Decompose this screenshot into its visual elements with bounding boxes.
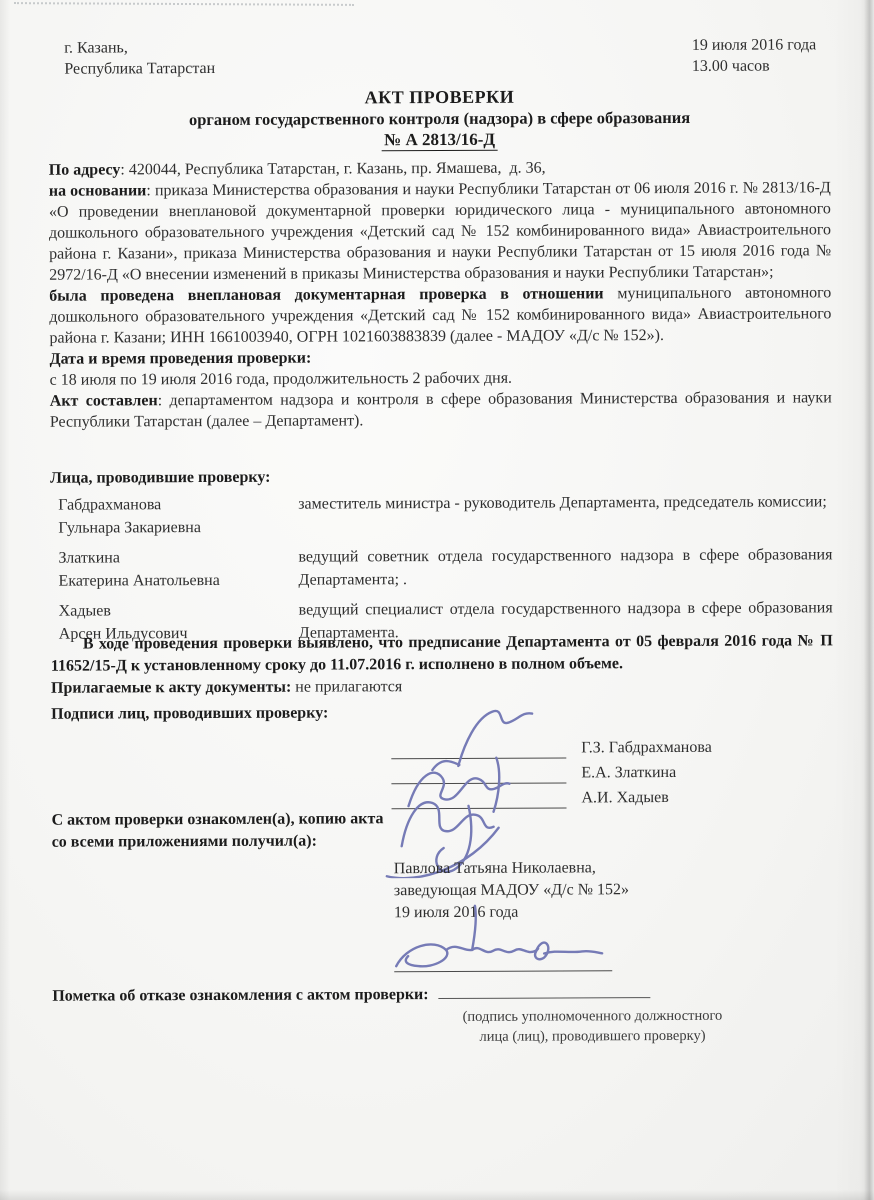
inspectors-heading: Лица, проводившие проверку: — [50, 464, 832, 488]
inspector-name: Златкина Екатерина Анатольевна — [50, 546, 298, 593]
refusal-label: Пометка об отказе ознакомления с актом п… — [52, 986, 428, 1005]
refusal-row: Пометка об отказе ознакомления с актом п… — [52, 982, 834, 1006]
inspector-name: Габдрахманова Гульнара Закариевна — [50, 493, 298, 540]
inspector-row: Габдрахманова Гульнара Закариевна замест… — [50, 490, 832, 539]
document-number-row: № А 2813/16-Д — [49, 127, 831, 151]
inspector-role: ведущий советник отдела государственного… — [298, 543, 832, 591]
refusal-signature-line — [439, 983, 651, 999]
basis-text: : приказа Министерства образования и нау… — [49, 179, 831, 283]
title-block: АКТ ПРОВЕРКИ органом государственного ко… — [48, 84, 830, 151]
attachments-line: Прилагаемые к акту документы: не прилага… — [51, 674, 833, 698]
basis-label: на основании — [49, 182, 147, 199]
signature-name: А.И. Хадыев — [581, 787, 668, 808]
date-line: 19 июля 2016 года — [692, 34, 816, 56]
recipient-title: заведующая МАДОУ «Д/с № 152» — [394, 878, 834, 902]
document-content: г. Казань, Республика Татарстан 19 июля … — [48, 0, 835, 1200]
inspector-row: Златкина Екатерина Анатольевна ведущий с… — [50, 543, 832, 592]
document-header: г. Казань, Республика Татарстан 19 июля … — [48, 34, 830, 79]
conducted-label: была проведена внеплановая документарная… — [49, 285, 603, 304]
acknowledgment-section: С актом проверки ознакомлен(а), копию ак… — [52, 806, 835, 979]
paragraph-composed: Акт составлен: департаментом надзора и к… — [50, 387, 832, 432]
composed-label: Акт составлен — [50, 392, 158, 409]
attachments-label: Прилагаемые к акту документы: — [51, 679, 291, 697]
signature-line — [391, 785, 566, 809]
recipient-block: Павлова Татьяна Николаевна, заведующая М… — [394, 856, 835, 978]
document-number: № А 2813/16-Д — [381, 130, 498, 152]
place-block: г. Казань, Республика Татарстан — [48, 37, 215, 80]
recipient-signature — [394, 925, 624, 978]
inspectors-section: Лица, проводившие проверку: Габдрахманов… — [50, 464, 833, 652]
signature-name: Е.А. Златкина — [581, 762, 676, 783]
scan-right-edge-artifact — [864, 0, 874, 1200]
signatures-heading: Подписи лиц, проводивших проверку: — [51, 700, 833, 724]
refusal-caption: (подпись уполномоченного должностного ли… — [442, 1006, 742, 1047]
address-label: По адресу — [49, 161, 121, 178]
findings-paragraph: В ходе проведения проверки выявлено, что… — [51, 630, 833, 677]
address-text: : 420044, Республика Татарстан, г. Казан… — [120, 160, 545, 179]
paragraph-basis: на основании: приказа Министерства образ… — [49, 177, 831, 285]
inspector-role: заместитель министра - руководитель Депа… — [298, 490, 832, 538]
signature-row: Г.З. Габдрахманова — [391, 732, 833, 759]
composed-text: : департаментом надзора и контроля в сфе… — [50, 389, 832, 430]
recipient-signature-scrawl — [388, 903, 618, 988]
time-line: 13.00 часов — [692, 55, 816, 77]
place-line: Республика Татарстан — [64, 58, 215, 80]
document-page: г. Казань, Республика Татарстан 19 июля … — [0, 0, 874, 1200]
paragraph-conducted: была проведена внеплановая документарная… — [49, 282, 831, 348]
recipient-name: Павлова Татьяна Николаевна, — [394, 856, 834, 880]
signature-row: А.И. Хадыев — [391, 782, 833, 809]
attachments-value: не прилагаются — [291, 678, 402, 695]
place-line: г. Казань, — [64, 37, 215, 59]
refusal-section: Пометка об отказе ознакомления с актом п… — [52, 982, 834, 1048]
findings-section: В ходе проведения проверки выявлено, что… — [51, 630, 833, 677]
intro-section: По адресу: 420044, Республика Татарстан,… — [49, 156, 832, 432]
datetime-block: 19 июля 2016 года 13.00 часов — [692, 34, 831, 77]
signature-line — [391, 735, 566, 759]
signature-rows: Г.З. Габдрахманова Е.А. Златкина А.И. Ха… — [391, 732, 833, 809]
signature-name: Г.З. Габдрахманова — [581, 737, 712, 759]
signature-line — [391, 760, 566, 784]
signature-row: Е.А. Златкина — [391, 757, 833, 784]
acknowledgment-heading: С актом проверки ознакомлен(а), копию ак… — [52, 806, 834, 853]
